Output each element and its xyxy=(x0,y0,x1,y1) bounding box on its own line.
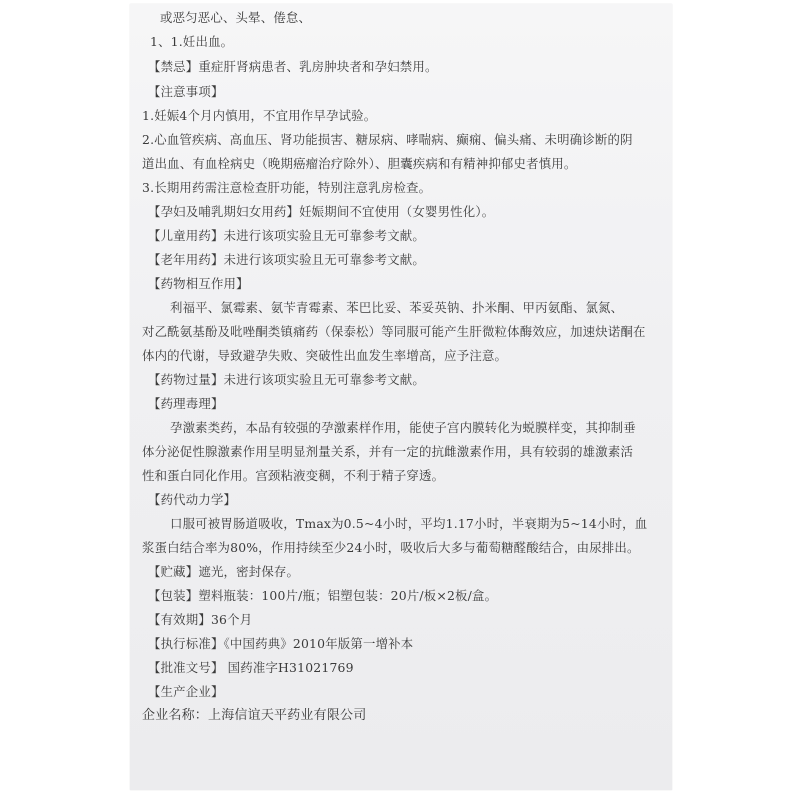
interactions-paragraph: 利福平、氯霉素、氨苄青霉素、苯巴比妥、苯妥英钠、扑米酮、甲丙氨酯、氯氮、 xyxy=(170,300,623,316)
manufacturer-company: 企业名称：上海信谊天平药业有限公司 xyxy=(142,708,366,724)
section-heading-interactions: 【药物相互作用】 xyxy=(148,276,249,292)
pharmacokinetics-paragraph: 口服可被胃肠道吸收，Tmax为0.5~4小时，平均1.17小时，半衰期为5~14… xyxy=(170,516,647,532)
precaution-item-2: 2.心血管疾病、高血压、肾功能损害、糖尿病、哮喘病、癫痫、偏头痛、未明确诊断的阴 xyxy=(142,132,633,148)
geriatric-use: 【老年用药】未进行该项实验且无可靠参考文献。 xyxy=(148,252,425,268)
precaution-item-1: 1.妊娠4个月内慎用，不宜用作早孕试验。 xyxy=(142,108,376,124)
shelf-life: 【有效期】36个月 xyxy=(148,612,252,628)
interactions-paragraph-cont: 对乙酰氨基酚及吡唑酮类镇痛药（保泰松）等同服可能产生肝微粒体酶效应，加速炔诺酮在 xyxy=(142,324,646,340)
section-heading-precautions: 【注意事项】 xyxy=(148,84,224,100)
leaflet-paper: 或恶匀恶心、头晕、倦怠、 1、1.妊出血。 【禁忌】重症肝肾病患者、乳房肿块者和… xyxy=(130,4,672,790)
section-heading-pharmacokinetics: 【药代动力学】 xyxy=(148,492,236,508)
value: 上海信谊天平药业有限公司 xyxy=(208,708,366,723)
storage: 【贮藏】遮光，密封保存。 xyxy=(148,564,299,580)
pregnancy-lactation: 【孕妇及哺乳期妇女用药】妊娠期间不宜使用（女婴男性化）。 xyxy=(148,204,494,220)
text-line: 或恶匀恶心、头晕、倦怠、 xyxy=(160,10,311,26)
standard: 【执行标准】《中国药典》2010年版第一增补本 xyxy=(148,636,413,652)
contraindications: 【禁忌】重症肝肾病患者、乳房肿块者和孕妇禁用。 xyxy=(148,59,438,75)
approval-number: 【批准文号】 国药准字H31021769 xyxy=(148,660,354,676)
pharmacology-paragraph: 孕激素类药，本品有较强的孕激素样作用，能使子宫内膜转化为蜕膜样变，其抑制垂 xyxy=(170,420,636,436)
pediatric-use: 【儿童用药】未进行该项实验且无可靠参考文献。 xyxy=(148,228,425,244)
overdose: 【药物过量】未进行该项实验且无可靠参考文献。 xyxy=(148,372,425,388)
pharmacokinetics-paragraph-cont: 浆蛋白结合率为80%，作用持续至少24小时，吸收后大多与葡萄糖醛酸结合，由尿排出… xyxy=(142,540,640,556)
section-heading-pharmacology: 【药理毒理】 xyxy=(148,396,224,412)
interactions-paragraph-cont: 体内的代谢，导致避孕失败、突破性出血发生率增高，应予注意。 xyxy=(142,348,507,364)
precaution-item-3: 3.长期用药需注意检查肝功能，特别注意乳房检查。 xyxy=(142,180,431,196)
packaging: 【包装】塑料瓶装：100片/瓶；铝塑包装：20片/板×2板/盒。 xyxy=(148,588,497,604)
label: 企业名称： xyxy=(142,708,208,723)
pharmacology-paragraph-cont: 体分泌促性腺激素作用呈明显剂量关系，并有一定的抗雌激素作用，具有较弱的雄激素活 xyxy=(142,444,633,460)
precaution-item-2-cont: 道出血、有血栓病史（晚期癌瘤治疗除外）、胆囊疾病和有精神抑郁史者慎用。 xyxy=(142,156,576,172)
text-line: 1、1.妊出血。 xyxy=(150,34,233,50)
pharmacology-paragraph-cont: 性和蛋白同化作用。宫颈粘液变稠，不利于精子穿透。 xyxy=(142,468,444,484)
section-heading-manufacturer: 【生产企业】 xyxy=(148,684,224,700)
